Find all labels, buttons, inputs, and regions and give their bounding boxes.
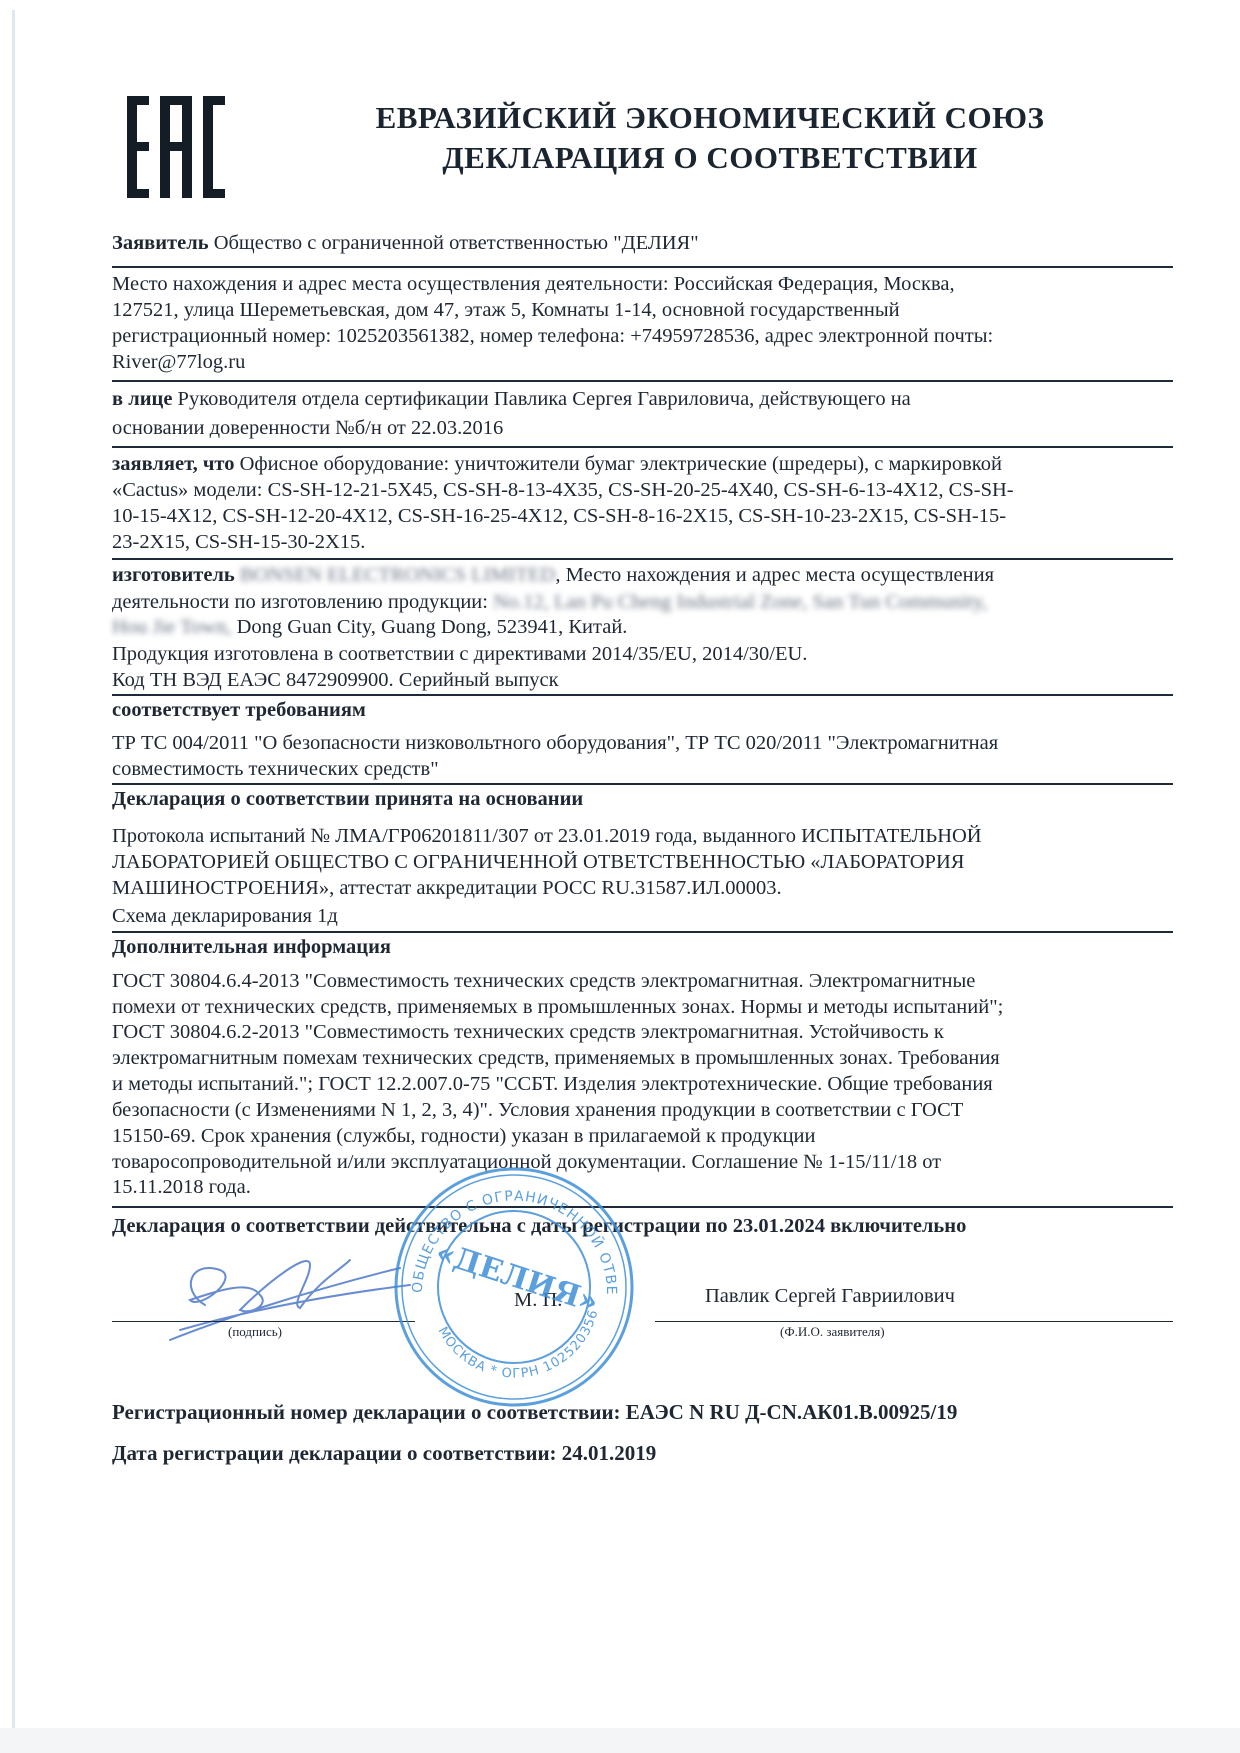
applicant-address-line-3: регистрационный номер: 1025203561382, но…	[112, 323, 1176, 349]
manufacturer-line-1: изготовитель BONSEN ELECTRONICS LIMITED,…	[112, 562, 1176, 588]
additional-line: электромагнитным помехам технических сре…	[112, 1045, 1176, 1071]
representative-line-1: в лице Руководителя отдела сертификации …	[112, 386, 1176, 412]
divider	[112, 558, 1173, 560]
company-seal-stamp: ОБЩЕСТВО С ОГРАНИЧЕННОЙ ОТВЕТСТВЕННОСТЬЮ…	[382, 1163, 647, 1411]
registration-number: Регистрационный номер декларации о соотв…	[112, 1400, 957, 1425]
basis-scheme: Схема декларирования 1д	[112, 903, 1176, 929]
title-line-union: ЕВРАЗИЙСКИЙ ЭКОНОМИЧЕСКИЙ СОЮЗ	[360, 98, 1060, 138]
document-title: ЕВРАЗИЙСКИЙ ЭКОНОМИЧЕСКИЙ СОЮЗ ДЕКЛАРАЦИ…	[360, 98, 1060, 178]
additional-line: и методы испытаний."; ГОСТ 12.2.007.0-75…	[112, 1071, 1176, 1097]
manufacturer-city: Dong Guan City, Guang Dong, 523941, Кита…	[237, 616, 628, 638]
applicant-address-line-1: Место нахождения и адрес места осуществл…	[112, 271, 1176, 297]
svg-text:«ДЕЛИЯ»: «ДЕЛИЯ»	[431, 1235, 602, 1320]
additional-line: ГОСТ 30804.6.4-2013 "Совместимость техни…	[112, 968, 1176, 994]
signature-caption: (подпись)	[228, 1324, 282, 1340]
declaration-page: ЕВРАЗИЙСКИЙ ЭКОНОМИЧЕСКИЙ СОЮЗ ДЕКЛАРАЦИ…	[0, 0, 1240, 1728]
manufacturer-line-3: Hou Jie Town, Dong Guan City, Guang Dong…	[112, 614, 1176, 640]
declares-line-1: заявляет, что Офисное оборудование: унич…	[112, 451, 1176, 477]
manufacturer-hs-code: Код ТН ВЭД ЕАЭС 8472909900. Серийный вып…	[112, 667, 1176, 693]
manufacturer-town-redacted: Hou Jie Town,	[112, 616, 231, 638]
additional-label: Дополнительная информация	[112, 934, 1176, 960]
divider	[112, 380, 1173, 382]
additional-line: безопасности (с Изменениями N 1, 2, 3, 4…	[112, 1097, 1176, 1123]
basis-line-3: МАШИНОСТРОЕНИЯ», аттестат аккредитации Р…	[112, 875, 1176, 901]
applicant-label: Заявитель	[112, 232, 209, 254]
manufacturer-address-prefix: деятельности по изготовлению продукции:	[112, 591, 488, 613]
applicant-email: River@77log.ru	[112, 349, 1176, 375]
representative-line-2: основании доверенности №б/н от 22.03.201…	[112, 415, 1176, 441]
registration-date: Дата регистрации декларации о соответств…	[112, 1441, 656, 1466]
name-caption: (Ф.И.О. заявителя)	[780, 1324, 885, 1340]
divider	[112, 446, 1173, 448]
divider	[112, 266, 1173, 268]
requirements-line-1: ТР ТС 004/2011 "О безопасности низковоль…	[112, 730, 1176, 756]
manufacturer-label: изготовитель	[112, 564, 235, 586]
declares-line-4: 23-2X15, CS-SH-15-30-2X15.	[112, 529, 1176, 555]
applicant-name: Павлик Сергей Гавриилович	[705, 1283, 1105, 1309]
declares-line-2: «Cactus» модели: CS-SH-12-21-5X45, CS-SH…	[112, 477, 1176, 503]
declares-line-3: 10-15-4X12, CS-SH-12-20-4X12, CS-SH-16-2…	[112, 503, 1176, 529]
declares-text: Офисное оборудование: уничтожители бумаг…	[240, 453, 1002, 475]
representative-text: Руководителя отдела сертификации Павлика…	[178, 388, 911, 410]
signature-scribble	[160, 1250, 420, 1350]
applicant-line: Заявитель Общество с ограниченной ответс…	[112, 230, 1176, 256]
additional-line: помехи от технических средств, применяем…	[112, 994, 1176, 1020]
scan-edge-line	[12, 10, 15, 1728]
requirements-label: соответствует требованиям	[112, 697, 1176, 723]
requirements-line-2: совместимость технических средств"	[112, 756, 1176, 782]
manufacturer-directives: Продукция изготовлена в соответствии с д…	[112, 641, 1176, 667]
basis-line-1: Протокола испытаний № ЛМА/ГР06201811/307…	[112, 823, 1176, 849]
manufacturer-address-intro: , Место нахождения и адрес места осущест…	[555, 564, 994, 586]
divider	[112, 694, 1173, 696]
declares-label: заявляет, что	[112, 453, 234, 475]
eac-logo-icon	[127, 96, 225, 198]
additional-line: 15150-69. Срок хранения (службы, годност…	[112, 1123, 1176, 1149]
manufacturer-line-2: деятельности по изготовлению продукции: …	[112, 589, 1176, 615]
divider	[112, 783, 1173, 785]
divider	[112, 931, 1173, 933]
representative-label: в лице	[112, 388, 172, 410]
basis-line-2: ЛАБОРАТОРИЕЙ ОБЩЕСТВО С ОГРАНИЧЕННОЙ ОТВ…	[112, 849, 1176, 875]
applicant-address-line-2: 127521, улица Шереметьевская, дом 47, эт…	[112, 297, 1176, 323]
manufacturer-name-redacted: BONSEN ELECTRONICS LIMITED	[240, 564, 555, 586]
name-line	[655, 1321, 1173, 1322]
signature-line	[112, 1321, 415, 1322]
applicant-value: Общество с ограниченной ответственностью…	[214, 232, 699, 254]
additional-line: ГОСТ 30804.6.2-2013 "Совместимость техни…	[112, 1019, 1176, 1045]
manufacturer-address-redacted: No.12, Lan Pu Cheng Industrial Zone, San…	[493, 591, 987, 613]
basis-label: Декларация о соответствии принята на осн…	[112, 786, 1176, 812]
title-line-declaration: ДЕКЛАРАЦИЯ О СООТВЕТСТВИИ	[360, 138, 1060, 178]
